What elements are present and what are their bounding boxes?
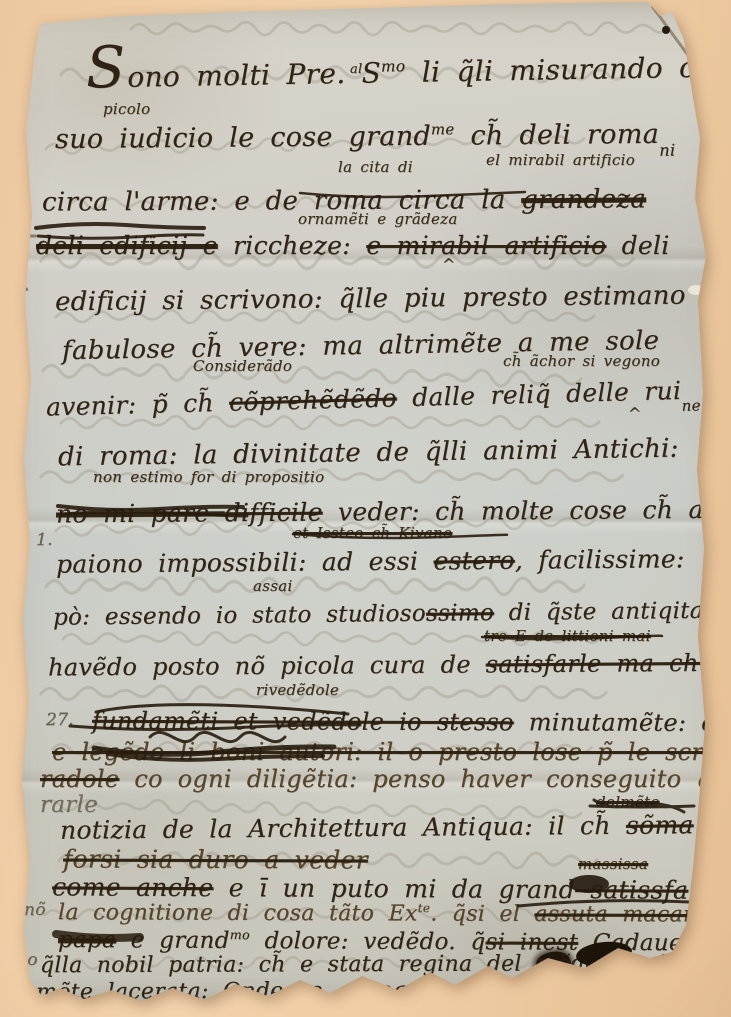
manuscript-page: Sono molti Pre. Smo li q̃li misurando co…: [0, 0, 731, 1017]
torn-corner-marks: [30, 2, 704, 295]
photograph-of-manuscript: Sono molti Pre. Smo li q̃li misurando co…: [0, 0, 731, 1017]
scribble-overlay: [0, 0, 731, 1017]
paper-shadow-wrap: Sono molti Pre. Smo li q̃li misurando co…: [0, 0, 731, 1017]
text-segment: verso: [719, 979, 731, 1013]
text-segment: del: [718, 903, 731, 928]
